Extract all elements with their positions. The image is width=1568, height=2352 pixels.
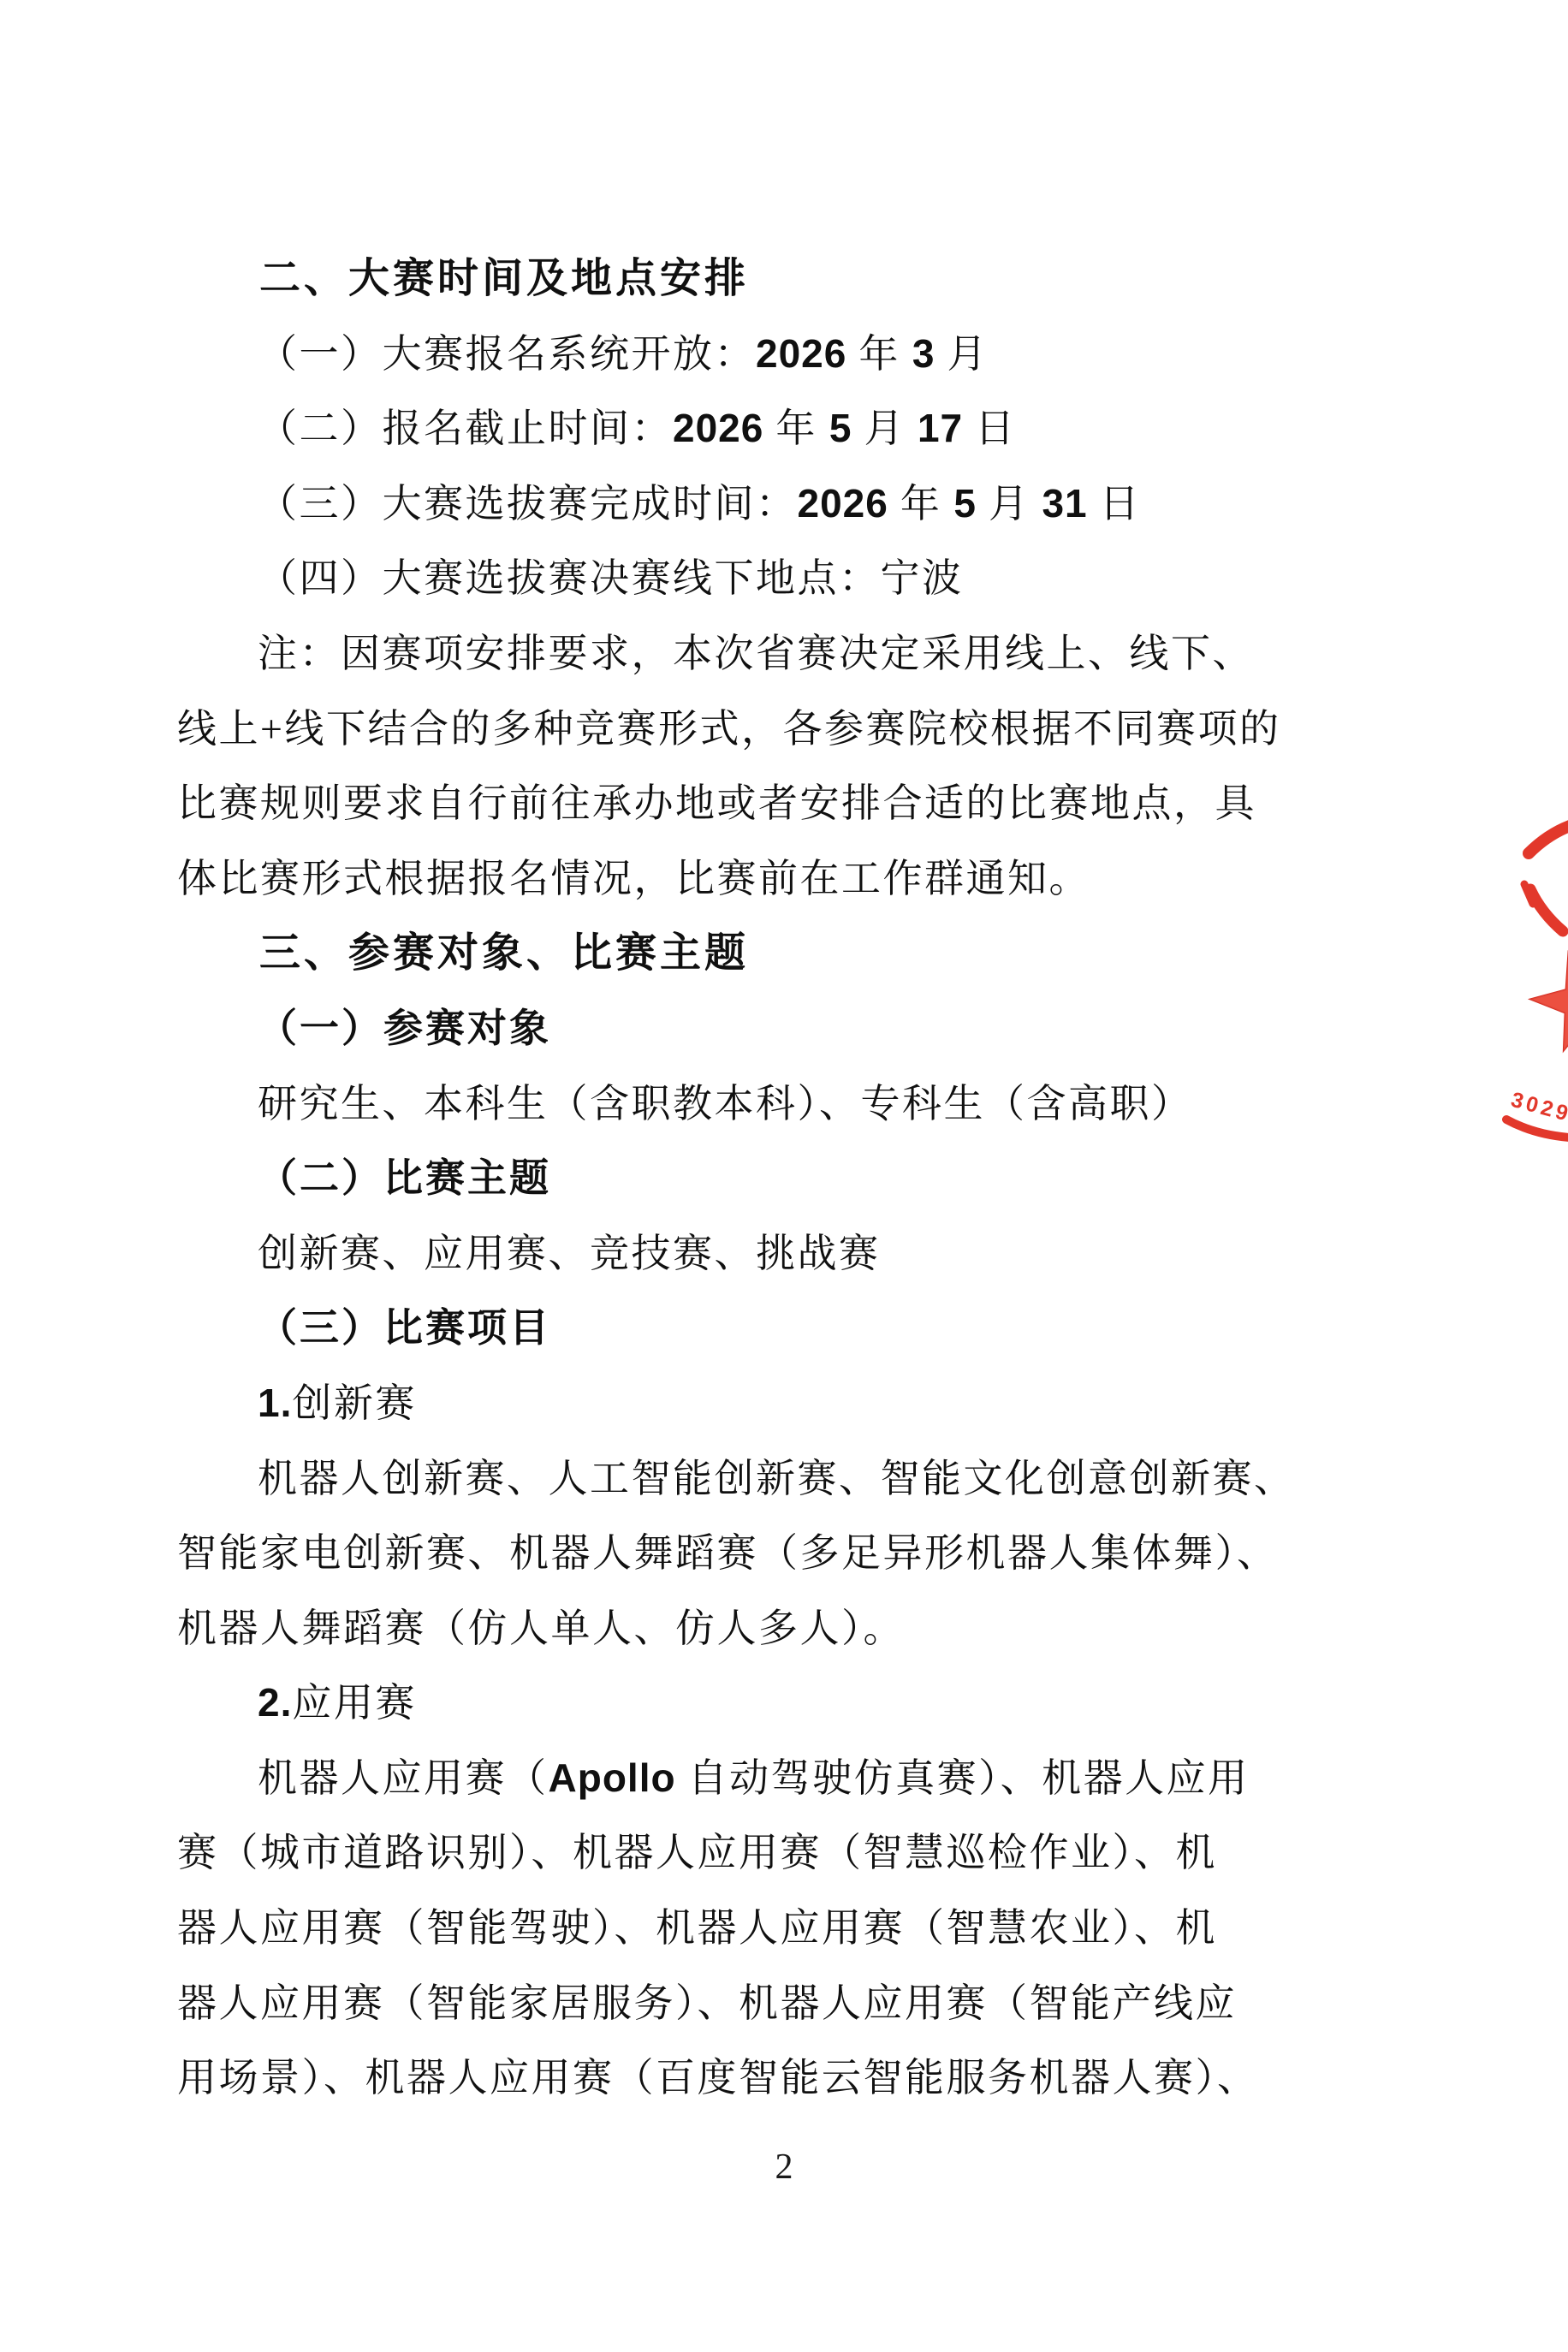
note-paragraph-line-3: 比赛规则要求自行前往承办地或者安排合适的比赛地点，具 (177, 766, 1292, 841)
numbered-item-application: 2.应用赛 (177, 1666, 1292, 1741)
official-seal-stamp: 3029 (1489, 805, 1568, 1147)
application-events-line-1: 机器人应用赛（Apollo 自动驾驶仿真赛）、机器人应用 (177, 1741, 1292, 1816)
stamp-star-icon (1521, 940, 1568, 1055)
numbered-item-innovation: 1.创新赛 (177, 1366, 1292, 1441)
section-heading-time-location: 二、大赛时间及地点安排 (177, 241, 1292, 317)
note-paragraph-line-1: 注：因赛项安排要求，本次省赛决定采用线上、线下、 (177, 616, 1292, 692)
item-final-offline-location: （四）大赛选拔赛决赛线下地点：宁波 (177, 541, 1292, 616)
application-events-line-4: 器人应用赛（智能家居服务）、机器人应用赛（智能产线应 (177, 1966, 1292, 2041)
application-events-line-5: 用场景）、机器人应用赛（百度智能云智能服务机器人赛）、 (177, 2040, 1292, 2116)
innovation-events-line-2: 智能家电创新赛、机器人舞蹈赛（多足异形机器人集体舞）、 (177, 1516, 1292, 1591)
note-paragraph-line-4: 体比赛形式根据报名情况，比赛前在工作群通知。 (177, 841, 1292, 917)
subheading-competition-theme: （二）比赛主题 (177, 1141, 1292, 1216)
application-events-line-2: 赛（城市道路识别）、机器人应用赛（智慧巡检作业）、机 (177, 1815, 1292, 1891)
item-registration-deadline: （二）报名截止时间：2026 年 5 月 17 日 (177, 391, 1292, 466)
subheading-competition-events: （三）比赛项目 (177, 1291, 1292, 1366)
stamp-character-strokes (1524, 826, 1568, 931)
page-number: 2 (0, 2147, 1568, 2188)
item-registration-open-date: （一）大赛报名系统开放：2026 年 3 月 (177, 317, 1292, 392)
note-paragraph-line-2: 线上+线下结合的多种竞赛形式，各参赛院校根据不同赛项的 (177, 692, 1292, 767)
document-body: 二、大赛时间及地点安排 （一）大赛报名系统开放：2026 年 3 月 （二）报名… (177, 241, 1292, 2116)
innovation-events-line-1: 机器人创新赛、人工智能创新赛、智能文化创意创新赛、 (177, 1441, 1292, 1517)
participants-list: 研究生、本科生（含职教本科）、专科生（含高职） (177, 1066, 1292, 1142)
innovation-events-line-3: 机器人舞蹈赛（仿人单人、仿人多人）。 (177, 1591, 1292, 1666)
theme-list: 创新赛、应用赛、竞技赛、挑战赛 (177, 1216, 1292, 1292)
section-heading-participants-theme: 三、参赛对象、比赛主题 (177, 916, 1292, 991)
item-qualifier-finish-date: （三）大赛选拔赛完成时间：2026 年 5 月 31 日 (177, 466, 1292, 542)
document-page: 二、大赛时间及地点安排 （一）大赛报名系统开放：2026 年 3 月 （二）报名… (0, 0, 1568, 2352)
subheading-participants: （一）参赛对象 (177, 991, 1292, 1066)
application-events-line-3: 器人应用赛（智能驾驶）、机器人应用赛（智慧农业）、机 (177, 1891, 1292, 1966)
